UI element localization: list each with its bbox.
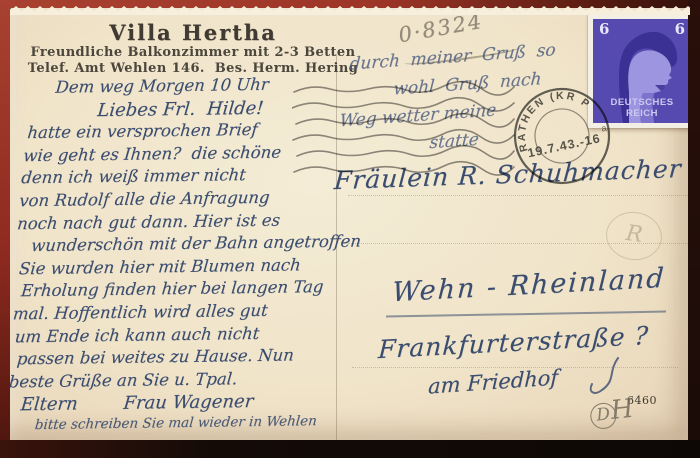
ink-flourish: [586, 356, 630, 404]
card-title: Villa Hertha: [18, 20, 368, 45]
cancellation-waves: [292, 80, 516, 184]
card-subtitle-1: Freundliche Balkonzimmer mit 2-3 Betten: [18, 45, 368, 61]
frame-border-left: [0, 0, 10, 458]
deckled-edge: [10, 6, 690, 15]
postmark-index-letter: a: [600, 123, 607, 134]
stamp-value-right: 6: [675, 20, 685, 38]
postcard-photo: Villa Hertha Freundliche Balkonzimmer mi…: [0, 0, 700, 458]
stamp-value-left: 6: [599, 20, 609, 38]
frame-border-right: [688, 0, 700, 458]
postmark-date-text: 19.7.43.-16: [526, 131, 602, 160]
message-line: bitte schreiben Sie mal wieder in Wehlen: [0, 413, 336, 440]
deckle-path: [10, 6, 690, 15]
frame-border-bottom: [0, 440, 700, 458]
postmark: RATHEN (KR P 19.7.43.-16 a: [496, 70, 628, 202]
printed-header: Villa Hertha Freundliche Balkonzimmer mi…: [18, 20, 368, 77]
